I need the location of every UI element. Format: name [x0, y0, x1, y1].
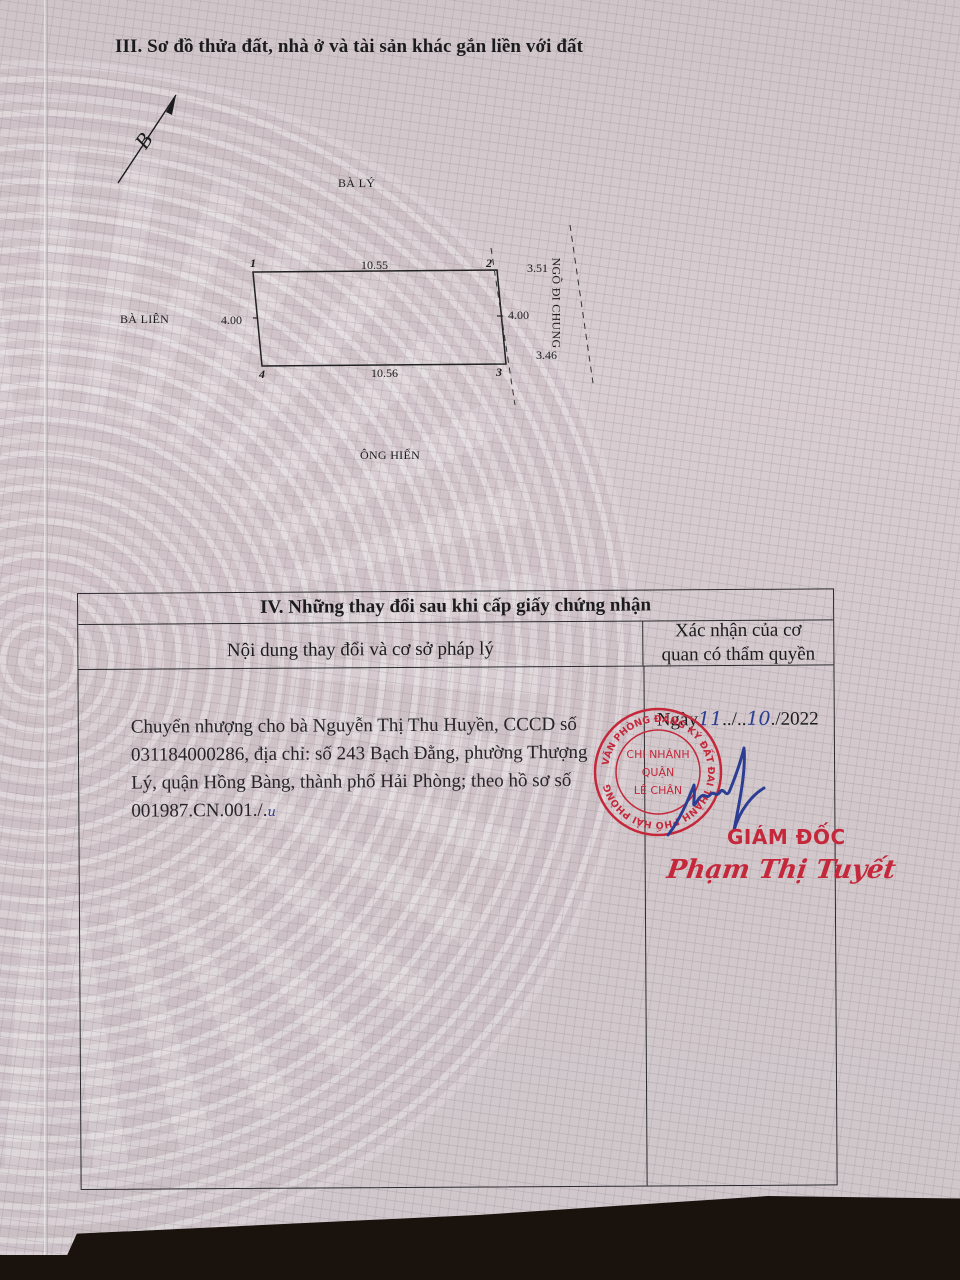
plot-boundary	[253, 270, 506, 366]
signer-name: Phạm Thị Tuyết	[665, 855, 898, 885]
changes-table: IV. Những thay đổi sau khi cấp giấy chứn…	[77, 588, 838, 1190]
lane-width-south: 3.46	[536, 348, 557, 363]
point-3: 3	[496, 365, 502, 380]
neighbor-north: BÀ LÝ	[338, 176, 375, 191]
confirmation-column-header: Xác nhận của cơ quan có thẩm quyền	[643, 620, 833, 665]
edge-bottom-length: 10.56	[371, 366, 398, 381]
certificate-page: III. Sơ đồ thửa đất, nhà ở và tài sản kh…	[0, 0, 960, 1255]
land-plot-diagram	[0, 0, 960, 560]
neighbor-west: BÀ LIÊN	[120, 312, 169, 327]
point-2: 2	[486, 256, 492, 271]
signer-title: GIÁM ĐỐC	[727, 825, 846, 849]
edge-left-length: 4.00	[221, 313, 242, 328]
edge-top-length: 10.55	[361, 258, 388, 273]
point-4: 4	[259, 367, 265, 382]
handwritten-initials: u	[267, 805, 275, 820]
edge-right-length: 4.00	[508, 308, 529, 323]
lane-width-north: 3.51	[527, 261, 548, 276]
neighbor-south: ÔNG HIỂN	[360, 448, 420, 463]
point-1: 1	[250, 256, 256, 271]
content-column-header: Nội dung thay đổi và cơ sở pháp lý	[78, 622, 643, 669]
change-entry-text: Chuyển nhượng cho bà Nguyễn Thị Thu Huyề…	[131, 711, 612, 828]
change-content-cell: Chuyển nhượng cho bà Nguyễn Thị Thu Huyề…	[78, 667, 647, 1189]
